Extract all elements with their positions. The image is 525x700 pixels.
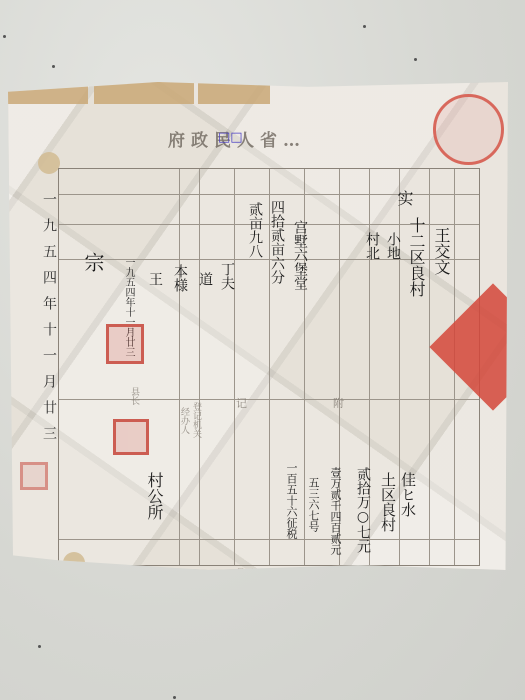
square-seal-stamp xyxy=(106,324,144,364)
handwritten-field-6: 本様 xyxy=(173,264,187,292)
label-record: 记 xyxy=(236,395,247,411)
wall-speck xyxy=(38,645,41,648)
tape-strip xyxy=(94,82,194,104)
handwritten-field-7: 王 xyxy=(148,272,162,286)
handwritten-lower-2: 土区良村 xyxy=(380,472,395,532)
label-attachment: 附 xyxy=(333,395,344,411)
handwritten-district: 十二区良村 xyxy=(408,217,424,297)
wall-speck xyxy=(414,58,417,61)
wall-speck xyxy=(363,25,366,28)
wall-speck xyxy=(52,65,55,68)
handwritten-lower-1: 佳ヒ水 xyxy=(400,472,415,517)
handwritten-number: 宗 xyxy=(83,252,103,272)
handwritten-field-1: 宫墅六堡堂 xyxy=(293,220,307,290)
tape-strip xyxy=(8,82,88,104)
handwritten-field-4: 丁夫 xyxy=(220,262,234,290)
handwritten-location-b: 村北 xyxy=(365,232,379,260)
handwritten-field-3: 贰亩九八 xyxy=(248,202,262,258)
wall-speck xyxy=(3,35,6,38)
handwritten-signer: 村公所 xyxy=(146,472,162,520)
label-county-head: 县长 xyxy=(128,387,141,405)
handwritten-owner-name: 王交文 xyxy=(433,227,449,275)
issue-date-vertical: 一九五四年十一月廿三 xyxy=(38,192,59,452)
wall-speck xyxy=(173,696,176,699)
tape-dot xyxy=(38,152,60,174)
round-seal-stamp xyxy=(433,94,504,165)
handwritten-field-2: 四拾贰亩六分 xyxy=(270,200,284,284)
footer-seal-text: 县人民政府印 xyxy=(236,566,308,579)
handwritten-field-5: 道 xyxy=(198,272,212,286)
square-seal-stamp xyxy=(113,419,149,455)
handwritten-lower-6: 一百五十六征税 xyxy=(286,462,297,539)
tape-strip xyxy=(198,82,270,104)
handwritten-lower-5: 五三六七号 xyxy=(308,477,319,532)
handwritten-location-a: 小地 xyxy=(386,232,400,260)
square-seal-stamp xyxy=(20,462,48,490)
document-paper: 府政民人省… □□ 实 王交文 十二区良村 小地 村北 宫墅六堡堂 四拾贰亩六分… xyxy=(8,82,508,570)
blue-stamp: □□ xyxy=(218,130,243,145)
tape-dot xyxy=(475,587,497,609)
handwritten-mark: 实 xyxy=(396,190,412,206)
handwritten-lower-3: 贰拾万○七元 xyxy=(356,467,370,553)
handwritten-lower-4: 壹万贰千四百贰元 xyxy=(330,467,341,555)
label-handler: 经办人 xyxy=(178,407,191,434)
label-registration-office: 登记机关 xyxy=(190,402,203,438)
